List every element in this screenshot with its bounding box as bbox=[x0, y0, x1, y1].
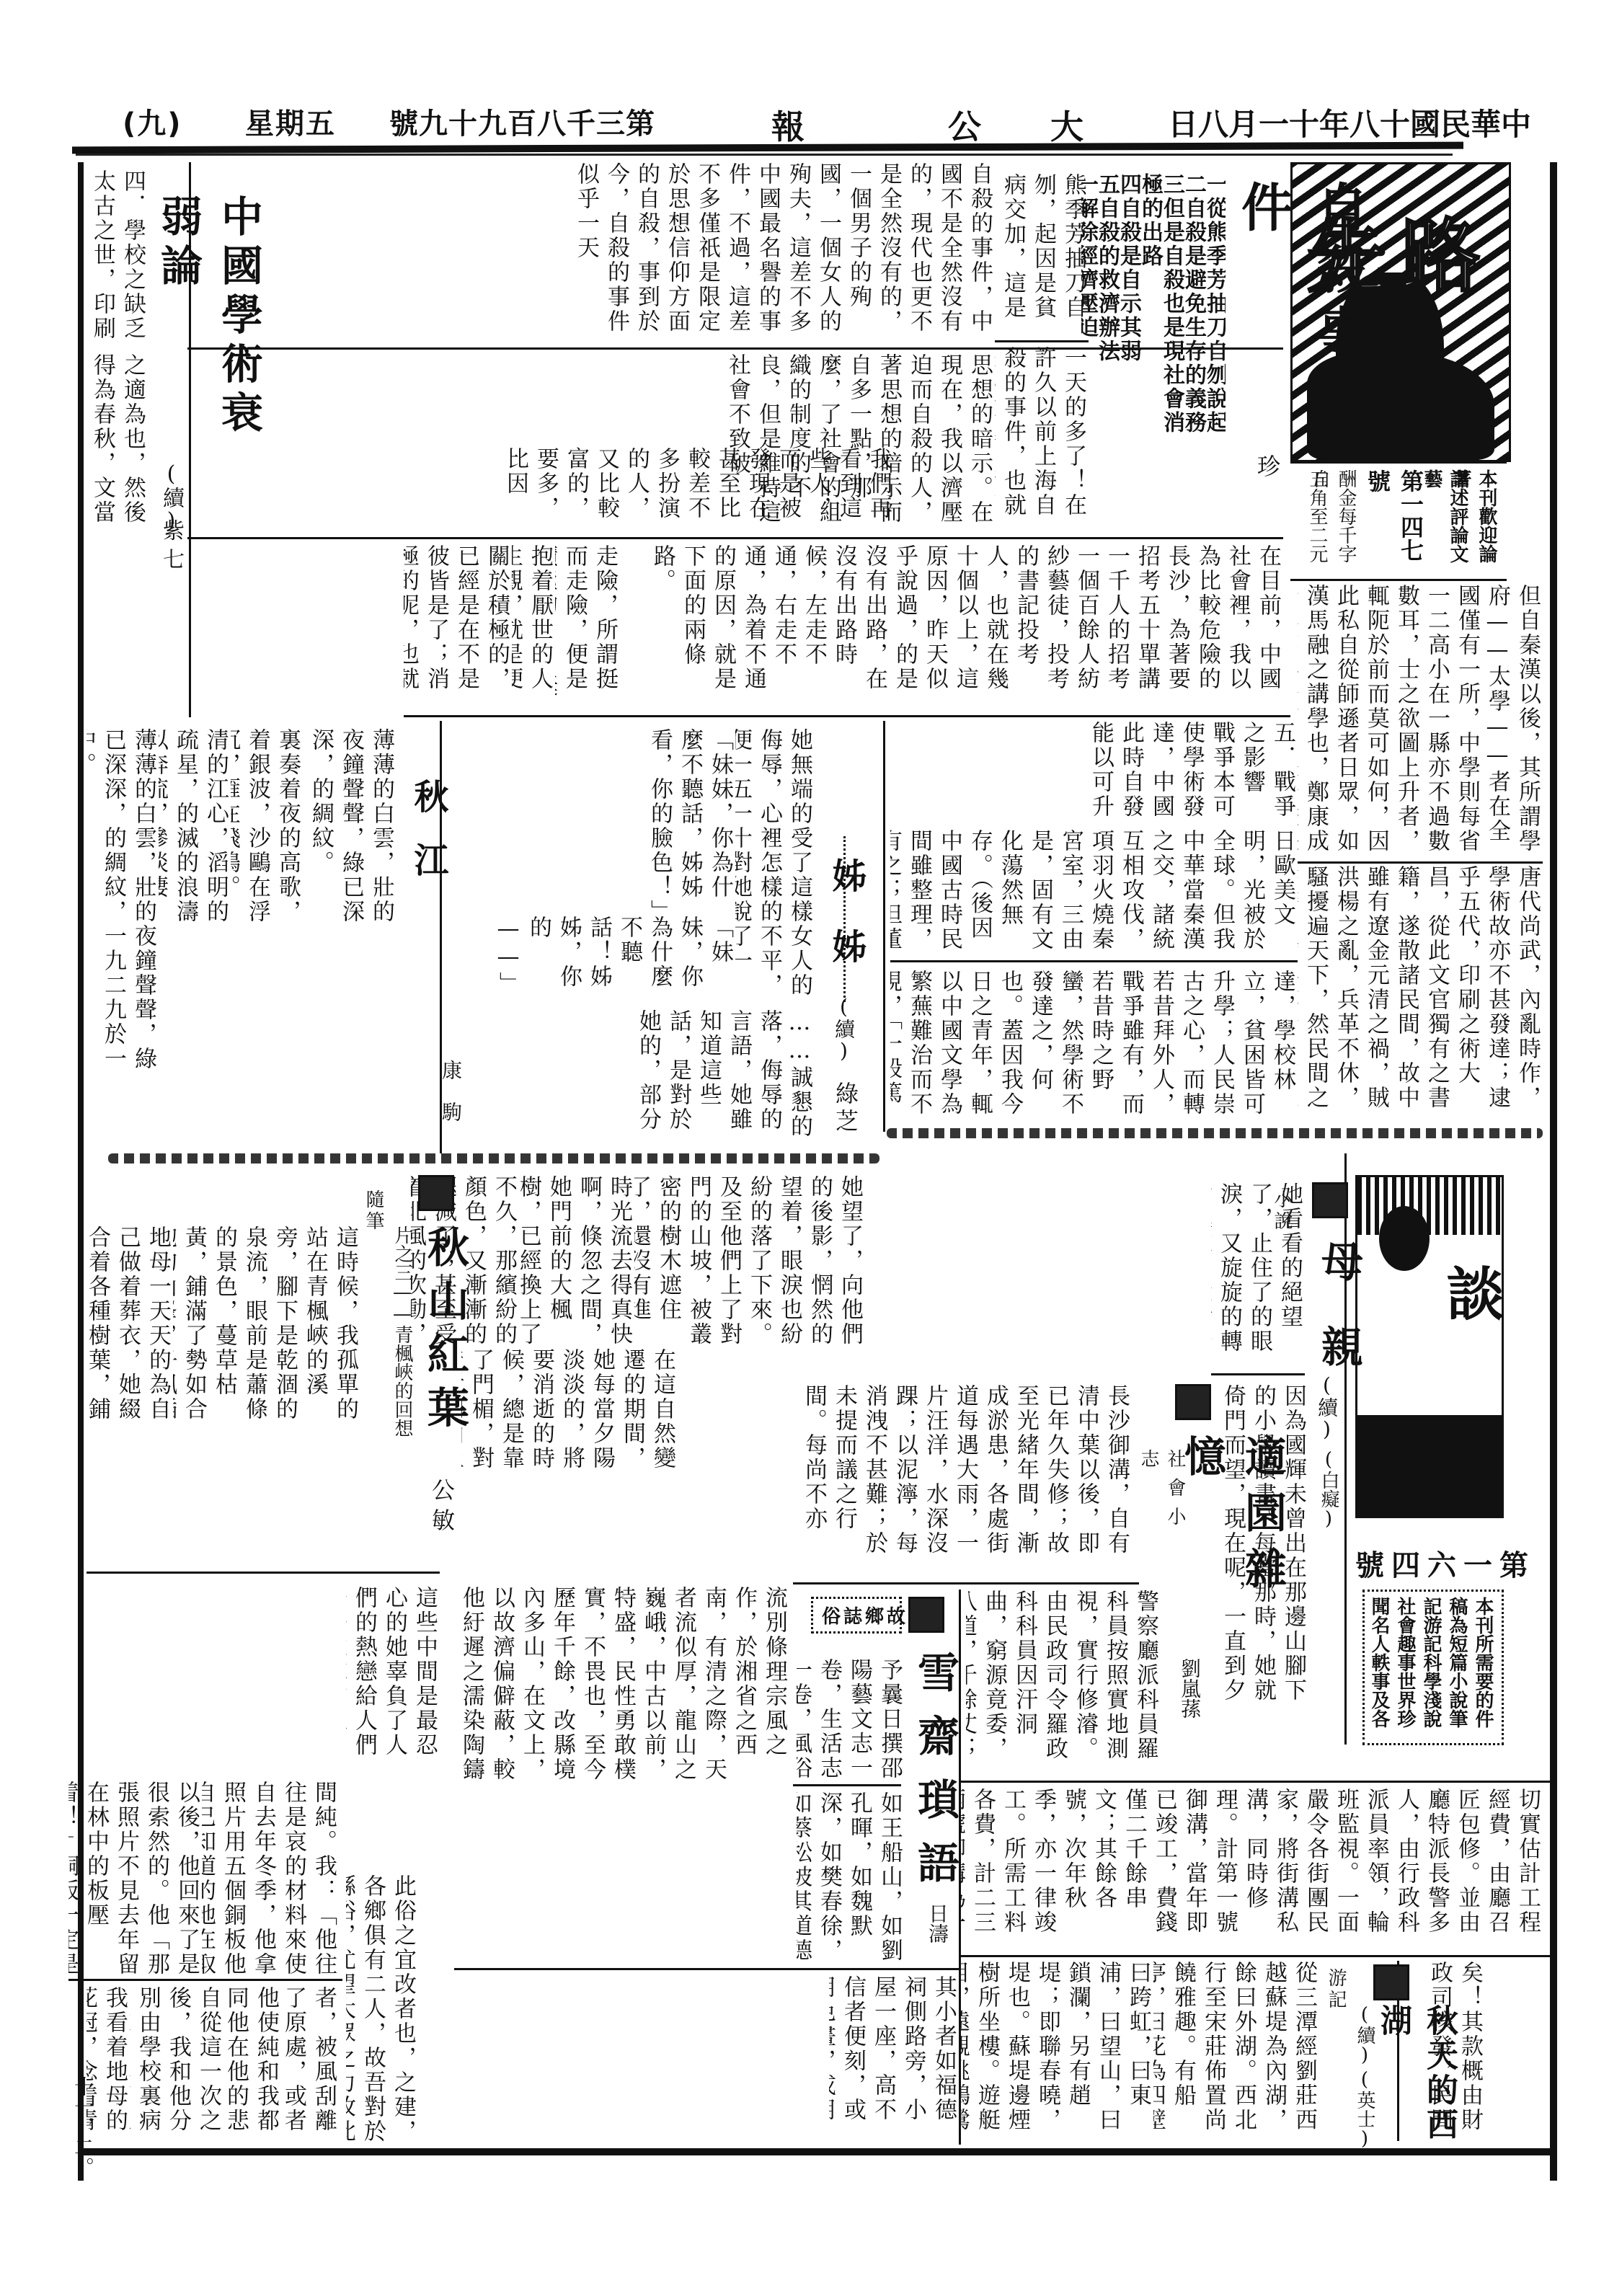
garden-body-3: 切實估計工程經費，由廳召匠包修。並由廳特派長警多人，由行政科派員率領，輪班監視。… bbox=[959, 1788, 1543, 1950]
article-cont-westlake: (續) bbox=[1352, 2004, 1378, 2066]
article-author-westlake: (英士) bbox=[1352, 2069, 1378, 2150]
academic-body-4: 唐代尚武，內亂時作，學術故亦不甚發達；逮乎五代，印刷之術大昌，從此文官獨有之書籍… bbox=[1298, 865, 1543, 1125]
divider bbox=[890, 960, 1298, 962]
suicide-body-6: 在目前，中國社會裡，我以為比較危險的長沙，為著要招考五十單講一千人的招考一個百餘… bbox=[620, 544, 1283, 714]
ornament-divider bbox=[887, 1128, 1543, 1138]
academic-body-5: 五．戰爭之影響 戰爭本可使學術發達，中國此時自發能以可升 bbox=[887, 721, 1298, 829]
autumnriver-stanza-2: 裏奏着夜的高歌，着銀波，沙鷗在浮沉，雁在飛鳴。 bbox=[231, 728, 303, 930]
article-author-snowstudio: 日濤 bbox=[923, 1903, 952, 1943]
suicide-body-5: 我們再看到這些人，而是被發現在甚至比較差不多扮演的人，又比較富的，要多，比因 bbox=[404, 447, 894, 537]
suicide-body-1: 熊季芳抽刀自刎，起因是貧病交加，這是最近的事，以前也很多的，可惜沒有一個總確的統… bbox=[1002, 173, 1089, 339]
divider bbox=[87, 1572, 440, 1574]
photo-body-1: 間純。我：「他往往是哀的材料來使自去年冬季，他拿照片用五個銅板他自己知道的地在取… bbox=[202, 1781, 339, 1982]
autumnleaves-body-2: 地母一天天的為自己做着葬衣，她綴合着各種樹葉，鋪着自然的章法，因為她知道自己是近… bbox=[87, 1225, 173, 1442]
garden-body-2: 警察廳派科員羅科員按照實地測視，實行修濬。由民政司令羅政科科員因汗洞曲，窮源竟委… bbox=[966, 1590, 1161, 1770]
photo-body-4: 他使純和我都同他在他的悲哀之中了。我的心中便永遠為他刻着一個苦笑的影子。 bbox=[223, 1986, 281, 2145]
photo-body-5: 自從這一次之後，我和他分別由學校裏病回來，本期他卻別離了那張照片的葬地而到南京升… bbox=[130, 1986, 223, 2145]
notice-line-4: 五角至二元 bbox=[1304, 469, 1330, 577]
article-author-academic: 紫七 bbox=[155, 519, 187, 577]
sister-body-4: ……誠懇的落，侮辱的言語，她雖知道這些話，是對於她的，部分刺着了自己，而且對橋邊… bbox=[634, 1009, 815, 1146]
section-marker-icon bbox=[908, 1597, 944, 1633]
academic-body-7: 達，學校林立，貧困皆可升學；人民崇古之心，而轉若昔拜外人，戰爭雖有，而若昔時之野… bbox=[890, 970, 1298, 1121]
article-title-sister: 姊姊 bbox=[822, 858, 872, 1002]
article-author-garden: 劉嵐蓀 bbox=[1175, 1658, 1204, 1719]
suicide-body-7: 走險，所謂挺而走險，便是積極的……挺而走上男盜女娼的路。 bbox=[555, 544, 620, 714]
academic-body-1: 四．學校之缺乏 太古之世，印刷之術未明，其文字成以簡書藏於史官；非其職者，莫敢過… bbox=[90, 169, 148, 350]
notice-issue: 第一四七號 bbox=[1361, 469, 1427, 577]
column-rule bbox=[883, 721, 885, 1132]
snow-body-3: 流別條理宗風之作，於湘省之西南，有清之際，天者流似厚，龍山之巍峨，中古以前，特盛… bbox=[458, 1586, 789, 1788]
divider bbox=[995, 340, 1089, 342]
sister-body-3: 「妹妹，你為什麼不聽話！姊姊，你的——」 bbox=[447, 916, 735, 1002]
box-label-hometown: 故鄉誌俗 bbox=[822, 1602, 908, 1628]
divider bbox=[959, 1955, 1550, 1957]
sister-body-2: 「妹妹，你為什麼不聽話，姊姊看，你的臉色！」 bbox=[447, 728, 735, 916]
paper-name-right: 公 大 bbox=[948, 101, 1112, 149]
page-number: (九) bbox=[123, 101, 182, 142]
divider bbox=[1211, 1373, 1305, 1375]
outline-item: 三但是自殺也是現社會消極的出路 bbox=[1138, 173, 1184, 435]
autumnriver-stanza-1: 薄薄的白雲，壯的夜鐘聲聲，綠已深深，的綢紋。 bbox=[303, 728, 396, 930]
article-author-mother: (白癡) bbox=[1316, 1449, 1342, 1530]
page-border-right bbox=[1550, 162, 1557, 2181]
section-tag-travel: 游記 bbox=[1323, 1968, 1350, 2026]
autumnleaves-date: 十一，二。 bbox=[68, 2076, 97, 2177]
section-marker-icon bbox=[1175, 1384, 1211, 1420]
weekday: 星期五 bbox=[245, 101, 336, 142]
suicide-body-2: 一天的多了！在許久以前上海自殺的事件，也就是必數起，所謂慈善堂之屬高高地在魚油江… bbox=[995, 346, 1089, 541]
autumnriver-stanza-3: 清的江心，滔明的疏星，的滅的浪濤以奔流，慘淡淒清。 bbox=[159, 728, 231, 930]
photo-body-3: 者，被風刮離了原處，或者是被融解的雪推走或破壞了，我將這意思告訴他，他默然還我一… bbox=[281, 1986, 339, 2145]
mother-body-1: 她看看的絕望了，止住了的眼淚，又旋旋的轉動起來；還對着挑夫很很的釘了一眼，——這… bbox=[1211, 1182, 1305, 1370]
suicide-body-8: 抱着厭世的人生觀，就是便是自殺。——消極的…… bbox=[512, 544, 555, 714]
section-marker-icon bbox=[418, 1175, 454, 1211]
article-author-sister: 綠芝 bbox=[829, 1081, 862, 1136]
suicide-body-9: 關於積極的，已經是在不是彼皆是了；消極的呢，也就沒有更顯明的表示一點因為，他不會… bbox=[404, 544, 512, 714]
tan-notice: 本刊所需要的件稿為短篇小說筆記游記科學淺說社會趣事世界珍聞名人軼事及各項有趣味之… bbox=[1366, 1597, 1496, 1737]
sister-body-6: 時光流去得真快啊，倏忽之間，她門前的大楓樹，已經換上了顏色繽紛的花衣了。國輝和華… bbox=[519, 1175, 634, 1348]
suicide-body-3: 自殺的事件，中國不是全然沒有的，現代也更不是全然沒有的，一個男子的殉國，一個女人… bbox=[187, 162, 995, 346]
snow-body-5: 此俗之宜改者也，之建，各鄉俱有二人，故吾對於縣俗，尤望大眾之力改此一也。 bbox=[346, 1874, 418, 2148]
divider bbox=[793, 1582, 1139, 1584]
article-cont-mother: (續) bbox=[1312, 1373, 1341, 1441]
paper-name-left: 報 bbox=[771, 101, 806, 149]
section-marker-icon bbox=[1312, 1182, 1348, 1218]
article-title-autumnleaves: 秋山紅葉 bbox=[415, 1225, 475, 1449]
divider bbox=[1298, 861, 1543, 864]
article-author-autumnleaves: 公敏 bbox=[425, 1478, 458, 1538]
divider bbox=[454, 1968, 959, 1970]
section-tag-society: 社會小志 bbox=[1135, 1449, 1189, 1557]
section-marker-icon bbox=[1373, 1964, 1409, 2000]
westlake-body-2: 曰跨虹，曰東浦，曰望山，曰鎖瀾，另有趙堤；即聯春曉，堤也。蘇堤邊煙樹所坐樓。遊艇… bbox=[959, 1961, 1153, 2145]
outline-item: 五自殺的救濟辦法 bbox=[1094, 173, 1120, 363]
sister-body-1: 她無端的受了這樣女人的侮辱，心裡怎樣的不平，便一五一十對她說了一遍，她並不發怒，… bbox=[735, 728, 815, 1002]
sister-body-5: 她望了，向他們的後影，惘然的望着，眼淚也紛紛的落了下來。及至他們上了對門的山坡，… bbox=[634, 1175, 865, 1348]
academic-body-2: 之適為也，然後得為春秋，文當時權 bbox=[90, 353, 148, 533]
autumnleaves-body-1: 這時候，我孤單的站在青楓峽的溪旁，腳下是乾涸的泉流，眼前是蕭條的景色，蔓草枯黃，… bbox=[173, 1225, 360, 1442]
face-icon bbox=[1379, 1206, 1430, 1271]
masthead: (九) 星期五 號九十九百八千三第 報 公 大 日八月一十年八十國民華中 bbox=[130, 101, 1471, 144]
tan-issue: 第一六四號 bbox=[1355, 1543, 1535, 1584]
suicide-outline: 一從熊季芳抽刀自刎說起 二自殺是避免生存的義務 三但是自殺也是現社會消極的出路 … bbox=[1081, 173, 1226, 447]
notice-147: 本刊歡迎論著 譯述評論文藝 第一四七號 酬金每千字自 五角至二元 bbox=[1290, 461, 1507, 581]
academic-body-3: 但自秦漢以後，其所謂學府——太學——者在全國僅有一所，中學則每省一二高小在一縣亦… bbox=[1298, 584, 1543, 858]
divider bbox=[187, 537, 1283, 539]
page-border-bottom bbox=[79, 2148, 1550, 2155]
curtain-icon bbox=[1357, 1177, 1502, 1235]
article-title-garden: 適園雜憶 bbox=[1171, 1435, 1293, 1651]
divider bbox=[404, 715, 1290, 717]
article-title-academic: 中國學術衰弱論 bbox=[148, 195, 269, 469]
article-author-suicide: 珍 bbox=[1251, 454, 1284, 477]
autumnleaves-body-3: 這些中間是最忍心的她辜負了人們的熱戀給人們一些難忘的記 bbox=[346, 1586, 440, 1773]
article-author-autumnriver: 康駒 bbox=[436, 1060, 465, 1143]
divider bbox=[959, 1781, 1550, 1783]
article-title-autumnriver: 秋江 bbox=[404, 779, 453, 923]
divider bbox=[793, 1784, 901, 1786]
section-tag-essay: 隨筆 bbox=[360, 1189, 387, 1247]
issue-number: 號九十九百八千三第 bbox=[389, 101, 655, 142]
tan-title: 談 bbox=[1430, 1264, 1504, 1321]
sister-body-8: 在這自然變遷的期間，她每當夕陽淡淡的，將要消逝的時候，總是靠了門楣，對着對門山上… bbox=[461, 1348, 678, 1492]
snow-body-1: 予曩日撰邵陽藝文志一卷，生活志一卷，風俗志一卷，俱焚於火，其學術志一卷，則為其辨 bbox=[797, 1658, 905, 1781]
snow-body-4: 其小者如福德祠側路旁，小屋一座，高不信者便刻，或用色畫，或用木雕俗聯貼壁，泥塑，… bbox=[829, 1975, 959, 2145]
masthead-rule-thin bbox=[76, 154, 1453, 156]
outline-item: 二自殺是避免生存的義務 bbox=[1181, 173, 1206, 435]
outline-item: 四自殺是自示其弱 bbox=[1116, 173, 1141, 363]
tan-woodcut: 談 bbox=[1355, 1175, 1504, 1518]
article-subtitle-autumnleaves: 片之三——青楓峽的回想 bbox=[389, 1225, 415, 1471]
date: 日八月一十年八十國民華中 bbox=[1168, 101, 1531, 144]
divider bbox=[68, 1979, 342, 1981]
article-title-westlake: 秋天的西湖 bbox=[1370, 2004, 1462, 2148]
westlake-body-1: 從三潭經劉莊西越蘇堤為內湖，餘曰外湖。西北行至宋莊佈置尚饒雅趣。有船亭，曰花為四… bbox=[1153, 1961, 1319, 2145]
ornament-divider bbox=[108, 1153, 879, 1163]
snow-body-2: 如王船山，如劉孔暉，如魏默深，如樊春徐，如蔡松坡其道德文章，經綸韜略，於縣中民情… bbox=[797, 1791, 905, 1964]
photo-body-2: 以後，他回來了是很索然的。他「那張照片不見去年留在林中的板壓着！」銅板一定是給在… bbox=[68, 1781, 202, 1982]
article-cont-sister: (續) bbox=[829, 995, 858, 1063]
academic-body-6: 日歐美文明，光被於全球。但我中華當秦漢之交，諸統互相攻伐，項羽火燒秦宮室，三由是… bbox=[890, 829, 1298, 959]
body-icon bbox=[1357, 1415, 1502, 1516]
article-title-snowstudio: 雪齋瑣語 bbox=[905, 1651, 965, 1925]
autumnriver-stanza-4: 薄薄的白雲，壯的夜鐘聲聲，綠已深深，的綢紋，一九二九於一中。 bbox=[87, 728, 159, 1074]
garden-body-1: 長沙御溝，自有清中葉以後，即已年久失修；故至光緒年間，漸成淤患，各處街道每遇大雨… bbox=[800, 1384, 1132, 1579]
article-title-suicide: 自殺事件 bbox=[1226, 180, 1375, 418]
divider bbox=[187, 347, 1283, 350]
